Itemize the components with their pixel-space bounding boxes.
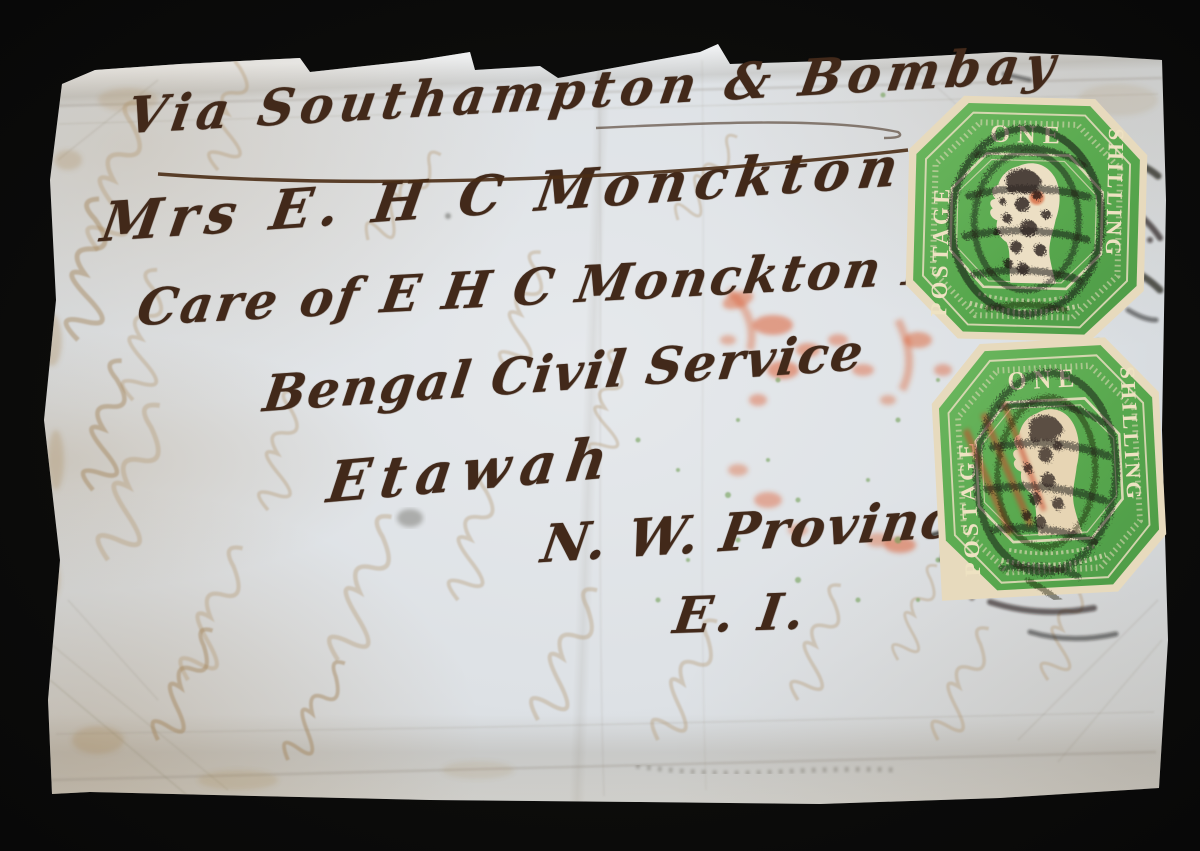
grey-smudge (397, 509, 423, 527)
barred-cancel (949, 126, 1104, 316)
photograph: Via Southampton & Bombay Mrs E. H C Monc… (0, 0, 1200, 851)
postmark-remnant (636, 766, 896, 773)
stamp-one-shilling-upper: ONE POSTAGE SHILLING (902, 92, 1151, 348)
stamp-word-shilling: SHILLING (1101, 128, 1129, 258)
address-line-country: E. I. (670, 581, 812, 645)
stamp-one-shilling-lower: ONE POSTAGE SHILLING (926, 332, 1171, 606)
